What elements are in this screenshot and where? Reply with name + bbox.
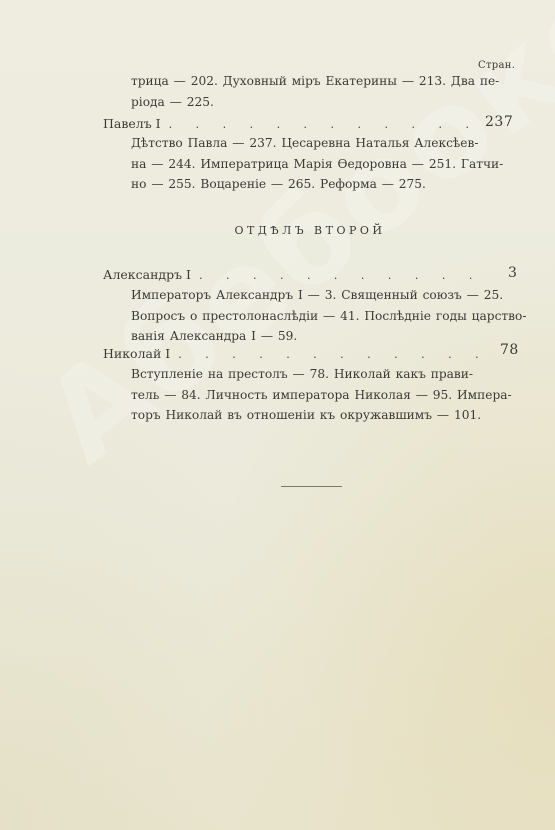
book-page: Абебоокс Стран. трица — 202. Духовный мі… [0, 0, 555, 830]
text-line: Вопросъ о престолонаслѣдіи — 41. Послѣдн… [131, 306, 491, 327]
entry-title: Павелъ I [103, 116, 161, 131]
continuation-text: трица — 202. Духовный міръ Екатерины — 2… [131, 71, 491, 112]
entry-title: Николай I [103, 346, 170, 361]
text-line: ріода — 225. [131, 92, 491, 113]
text-line: трица — 202. Духовный міръ Екатерины — 2… [131, 71, 491, 92]
text-line: Дѣтство Павла — 237. Цесаревна Наталья А… [131, 133, 491, 154]
entry-page-number: 237 [485, 114, 513, 130]
entry-description: Вступленіе на престолъ — 78. Николай как… [131, 364, 491, 426]
dot-leaders: . . . . . . . . . . . . . . . . . . . . [199, 269, 486, 282]
entry-description: Дѣтство Павла — 237. Цесаревна Наталья А… [131, 133, 491, 195]
page-column-header: Стран. [478, 60, 515, 71]
dot-leaders: . . . . . . . . . . . . . . . . . . . . [178, 348, 486, 361]
toc-entry-nikolai[interactable]: Николай I . . . . . . . . . . . . . . . … [103, 346, 486, 361]
entry-page-number: 78 [500, 342, 519, 358]
end-divider-rule [281, 486, 342, 487]
dot-leaders: . . . . . . . . . . . . . . . . . . . . [169, 118, 486, 131]
toc-entry-alexander[interactable]: Александръ I . . . . . . . . . . . . . .… [103, 267, 486, 282]
section-title: ОТДѢЛЪ ВТОРОЙ [0, 224, 555, 237]
text-line: Вступленіе на престолъ — 78. Николай как… [131, 364, 491, 385]
text-line: торъ Николай въ отношеніи къ окружавшимъ… [131, 405, 491, 426]
entry-description: Императоръ Александръ I — 3. Священный с… [131, 285, 491, 347]
entry-page-number: 3 [508, 265, 517, 281]
text-line: Императоръ Александръ I — 3. Священный с… [131, 285, 491, 306]
text-line: ванія Александра I — 59. [131, 326, 491, 347]
entry-title: Александръ I [103, 267, 191, 282]
text-line: на — 244. Императрица Марія Ѳедоровна — … [131, 154, 491, 175]
text-line: но — 255. Воцареніе — 265. Реформа — 275… [131, 174, 491, 195]
toc-entry-pavel[interactable]: Павелъ I . . . . . . . . . . . . . . . .… [103, 116, 486, 131]
text-line: тель — 84. Личность императора Николая —… [131, 385, 491, 406]
